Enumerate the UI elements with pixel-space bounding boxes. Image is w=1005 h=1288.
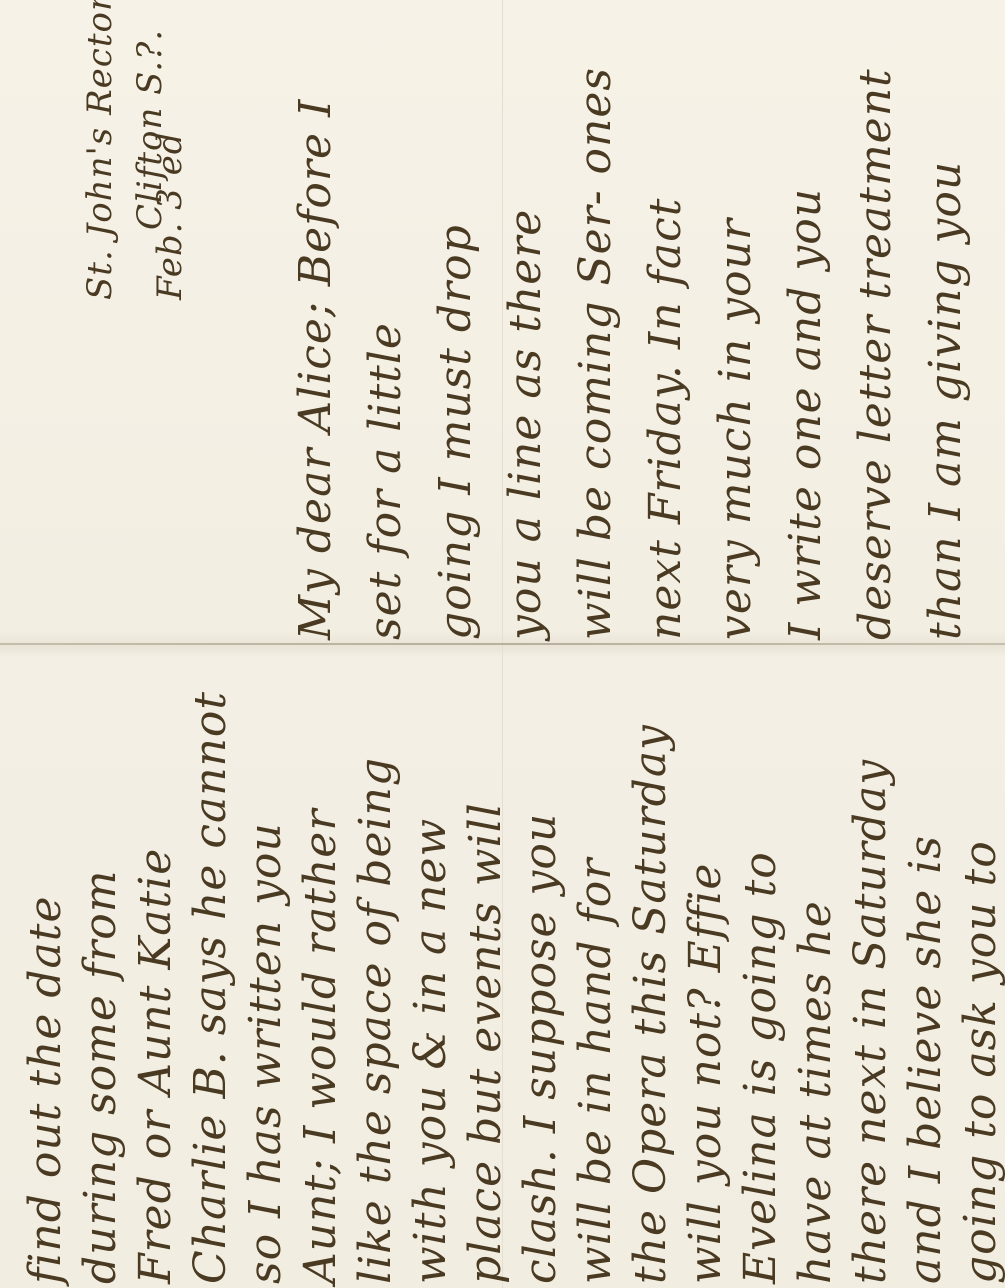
letter-line: next Friday. In fact — [640, 198, 691, 640]
letter-line: will be in hand for — [570, 858, 621, 1284]
letter-address-line1: St. John's Rectory — [80, 0, 120, 300]
letter-line: the Opera this Saturday — [625, 724, 676, 1284]
letter-line: clash. I suppose you — [515, 813, 566, 1284]
letter-line: Fred or Aunt Katie — [130, 848, 181, 1284]
letter-line: going to ask you to — [955, 840, 1005, 1284]
letter-line: I write one and you — [780, 188, 831, 640]
letter-line: like the space of being — [350, 757, 401, 1284]
letter-line: very much in your — [710, 218, 761, 640]
letter-line: with you & in a new — [405, 818, 456, 1284]
letter-line: Charlie B. says he cannot — [185, 691, 236, 1284]
letter-line: so I has written you — [240, 822, 291, 1284]
letter-line: Evelina is going to — [735, 851, 786, 1284]
letter-line: find out the date — [20, 895, 71, 1284]
letter-line: going I must drop — [430, 224, 481, 640]
letter-top-half: Feb. 3 ed St. John's Rectory Clifton S.?… — [0, 0, 1005, 644]
letter-line: My dear Alice; Before I — [290, 99, 341, 640]
letter-bottom-half: find out the date during some from Fred … — [0, 644, 1005, 1288]
letter-line: will be coming Ser- ones — [570, 67, 621, 640]
letter-line: set for a little — [360, 322, 411, 640]
letter-page: Feb. 3 ed St. John's Rectory Clifton S.?… — [0, 0, 1005, 1288]
letter-line: will you not? Effie — [680, 863, 731, 1284]
letter-line: Aunt; I would rather — [295, 809, 346, 1284]
letter-line: place but events will — [460, 802, 511, 1284]
letter-line: have at times he — [790, 900, 841, 1284]
letter-line: deserve letter treatment — [850, 68, 901, 640]
letter-line: there next in Saturday — [845, 759, 896, 1284]
letter-line: than I am giving you — [920, 161, 971, 640]
letter-line: during some from — [75, 870, 126, 1284]
letter-line: you a line as there — [500, 209, 551, 640]
letter-address-line2: Clifton S.?. — [130, 29, 170, 230]
letter-line: and I believe she is — [900, 835, 951, 1284]
